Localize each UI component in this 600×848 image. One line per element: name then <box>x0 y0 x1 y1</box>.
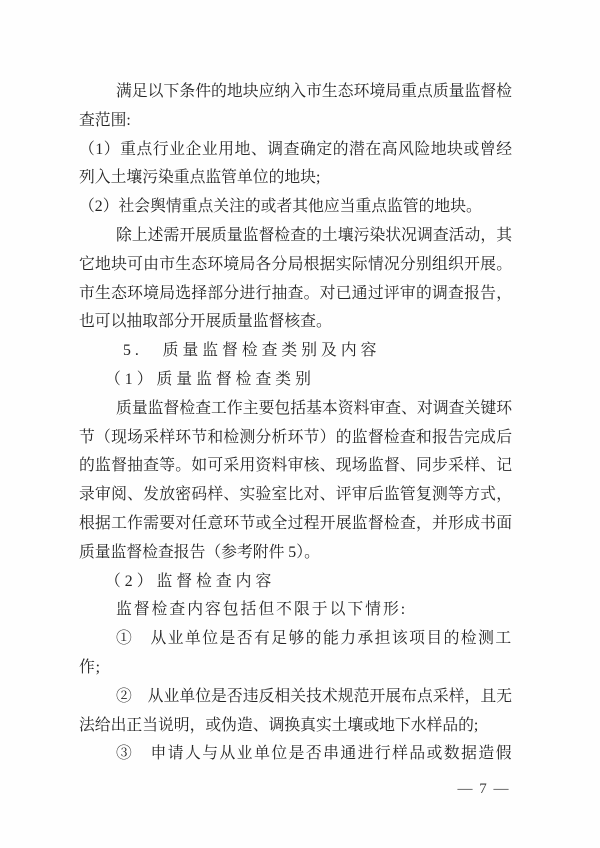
paragraph-other-plots: 除上述需开展质量监督检查的土壤污染状况调查活动，其它地块可由市生态环境局各分局根… <box>79 222 512 337</box>
sub-heading-inspection-content: （2）监督检查内容 <box>79 568 512 597</box>
circled-item-2: ② 从业单位是否违反相关技术规范开展布点采样，且无法给出正当说明，或伪造、调换真… <box>79 683 512 741</box>
section-heading-5: 5. 质量监督检查类别及内容 <box>79 337 512 366</box>
list-item-2: （2）社会舆情重点关注的或者其他应当重点监管的地块。 <box>79 193 512 222</box>
paragraph-inspection-categories: 质量监督检查工作主要包括基本资料审查、对调查关键环节（现场采样环节和检测分析环节… <box>79 395 512 568</box>
paragraph-scope-intro: 满足以下条件的地块应纳入市生态环境局重点质量监督检查范围: <box>79 78 512 136</box>
paragraph-content-leadin: 监督检查内容包括但不限于以下情形: <box>79 596 512 625</box>
circled-item-3: ③ 申请人与从业单位是否串通进行样品或数据造假 <box>79 740 512 769</box>
document-page: 满足以下条件的地块应纳入市生态环境局重点质量监督检查范围: （1）重点行业企业用… <box>0 0 600 848</box>
list-item-1: （1）重点行业企业用地、调查确定的潜在高风险地块或曾经列入土壤污染重点监管单位的… <box>79 136 512 194</box>
circled-item-1: ① 从业单位是否有足够的能力承担该项目的检测工作; <box>79 625 512 683</box>
document-body: 满足以下条件的地块应纳入市生态环境局重点质量监督检查范围: （1）重点行业企业用… <box>79 78 512 769</box>
page-number: — 7 — <box>458 781 511 798</box>
sub-heading-inspection-categories: （1）质量监督检查类别 <box>79 366 512 395</box>
